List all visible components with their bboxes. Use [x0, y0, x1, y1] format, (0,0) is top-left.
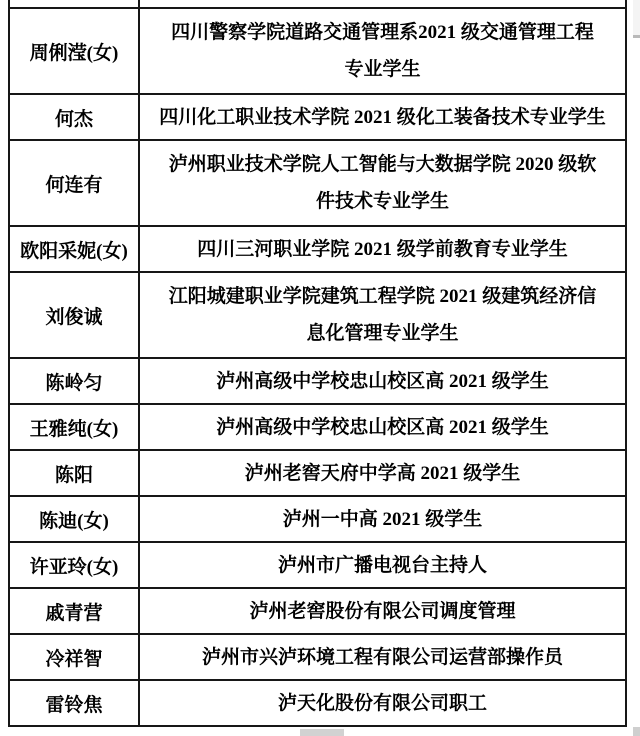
- desc-cell: 泸州老窖天府中学高 2021 级学生: [140, 451, 625, 495]
- table-row-clipped: [10, 0, 625, 9]
- table-row: 许亚玲(女)泸州市广播电视台主持人: [10, 543, 625, 589]
- scrollbar-corner[interactable]: [633, 727, 640, 736]
- name-cell: 雷铃焦: [10, 681, 140, 725]
- name-cell: 刘俊诚: [10, 273, 140, 357]
- name-cell: 许亚玲(女): [10, 543, 140, 587]
- desc-cell: 江阳城建职业学院建筑工程学院 2021 级建筑经济信息化管理专业学生: [140, 273, 625, 357]
- award-table: 周俐滢(女)四川警察学院道路交通管理系2021 级交通管理工程专业学生何杰四川化…: [8, 0, 627, 727]
- desc-line: 泸州高级中学校忠山校区高 2021 级学生: [216, 409, 549, 446]
- table-row: 王雅纯(女)泸州高级中学校忠山校区高 2021 级学生: [10, 405, 625, 451]
- desc-line: 息化管理专业学生: [306, 315, 458, 352]
- page-gap-marker: [300, 729, 344, 736]
- table-row: 陈阳泸州老窖天府中学高 2021 级学生: [10, 451, 625, 497]
- table-row: 何杰四川化工职业技术学院 2021 级化工装备技术专业学生: [10, 95, 625, 141]
- desc-line: 泸州市兴泸环境工程有限公司运营部操作员: [202, 639, 563, 676]
- desc-line: 四川警察学院道路交通管理系2021 级交通管理工程: [171, 14, 594, 51]
- table-row: 冷祥智泸州市兴泸环境工程有限公司运营部操作员: [10, 635, 625, 681]
- name-cell: 陈迪(女): [10, 497, 140, 541]
- name-cell: 戚青营: [10, 589, 140, 633]
- desc-cell: 四川警察学院道路交通管理系2021 级交通管理工程专业学生: [140, 9, 625, 93]
- table-row: 陈岭匀泸州高级中学校忠山校区高 2021 级学生: [10, 359, 625, 405]
- desc-line: 泸州高级中学校忠山校区高 2021 级学生: [216, 363, 549, 400]
- name-cell: 王雅纯(女): [10, 405, 140, 449]
- desc-cell: 泸州市广播电视台主持人: [140, 543, 625, 587]
- desc-cell: 泸州高级中学校忠山校区高 2021 级学生: [140, 405, 625, 449]
- desc-cell: 泸州市兴泸环境工程有限公司运营部操作员: [140, 635, 625, 679]
- table-row: 刘俊诚江阳城建职业学院建筑工程学院 2021 级建筑经济信息化管理专业学生: [10, 273, 625, 359]
- desc-cell: 泸州一中高 2021 级学生: [140, 497, 625, 541]
- table-row: 雷铃焦泸天化股份有限公司职工: [10, 681, 625, 727]
- name-cell: 何连有: [10, 141, 140, 225]
- desc-line: 泸州老窖股份有限公司调度管理: [249, 593, 515, 630]
- desc-cell: 泸天化股份有限公司职工: [140, 681, 625, 725]
- desc-line: 泸州职业技术学院人工智能与大数据学院 2020 级软: [169, 146, 597, 183]
- desc-cell: 泸州老窖股份有限公司调度管理: [140, 589, 625, 633]
- table-row: 戚青营泸州老窖股份有限公司调度管理: [10, 589, 625, 635]
- table-row: 周俐滢(女)四川警察学院道路交通管理系2021 级交通管理工程专业学生: [10, 9, 625, 95]
- desc-line: 四川三河职业学院 2021 级学前教育专业学生: [197, 231, 568, 268]
- table-row: 欧阳采妮(女)四川三河职业学院 2021 级学前教育专业学生: [10, 227, 625, 273]
- name-cell: 陈阳: [10, 451, 140, 495]
- desc-line: 江阳城建职业学院建筑工程学院 2021 级建筑经济信: [169, 278, 597, 315]
- name-cell: 欧阳采妮(女): [10, 227, 140, 271]
- name-cell: 周俐滢(女): [10, 9, 140, 93]
- name-cell: [10, 0, 140, 7]
- table-row: 何连有泸州职业技术学院人工智能与大数据学院 2020 级软件技术专业学生: [10, 141, 625, 227]
- name-cell: 何杰: [10, 95, 140, 139]
- desc-line: 四川化工职业技术学院 2021 级化工装备技术专业学生: [159, 99, 606, 136]
- desc-line: 泸州一中高 2021 级学生: [283, 501, 483, 538]
- desc-cell: 泸州高级中学校忠山校区高 2021 级学生: [140, 359, 625, 403]
- desc-line: 泸州老窖天府中学高 2021 级学生: [245, 455, 521, 492]
- desc-line: 专业学生: [344, 51, 420, 88]
- desc-cell: 泸州职业技术学院人工智能与大数据学院 2020 级软件技术专业学生: [140, 141, 625, 225]
- desc-line: 泸天化股份有限公司职工: [278, 685, 487, 722]
- scrollbar-track[interactable]: [633, 0, 640, 38]
- desc-line: 件技术专业学生: [316, 183, 449, 220]
- name-cell: 陈岭匀: [10, 359, 140, 403]
- table-row: 陈迪(女)泸州一中高 2021 级学生: [10, 497, 625, 543]
- desc-cell: 四川化工职业技术学院 2021 级化工装备技术专业学生: [140, 95, 625, 139]
- desc-line: 泸州市广播电视台主持人: [278, 547, 487, 584]
- desc-cell: 四川三河职业学院 2021 级学前教育专业学生: [140, 227, 625, 271]
- name-cell: 冷祥智: [10, 635, 140, 679]
